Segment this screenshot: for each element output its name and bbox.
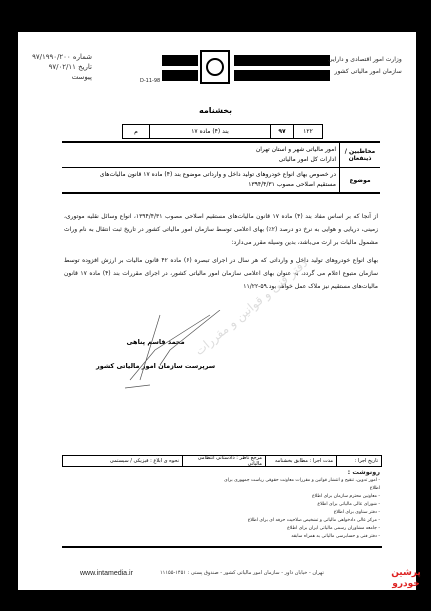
brand-line: خودرو	[386, 579, 426, 590]
ref-code: ۱۲۲	[293, 125, 322, 138]
supervising-authority: مرجع ناظر : دادستانی انتظامی مالیاتی	[182, 456, 265, 466]
duration: مدت اجرا : مطابق بخشنامه	[265, 456, 336, 466]
cc-item: معاونین محترم سازمان برای اطلاع	[220, 493, 380, 501]
persian-khodro-logo: پرشین خودرو	[386, 568, 426, 590]
recipient-line: ادارات کل امور مالیاتی	[65, 155, 336, 165]
paragraph: بهای انواع خودروهای تولید داخل و وارداتی…	[64, 254, 378, 293]
header-bar-left-top	[162, 55, 198, 66]
info-row-subject: موضوع در خصوص بهای انواع خودروهای تولید …	[62, 168, 380, 192]
document-body: از آنجا که بر اساس مفاد بند (۴) ماده ۱۷ …	[64, 210, 378, 298]
cc-item: جامعه مشاوران رسمی مالیاتی ایران برای اط…	[220, 525, 380, 533]
cc-title: رونوشت :	[220, 468, 380, 476]
ref-subject: بند (۴) ماده ۱۷	[149, 125, 270, 138]
recipients-value: امور مالیاتی شهر و استان تهران ادارات کل…	[62, 143, 339, 167]
execution-table: تاریخ اجرا : مدت اجرا : مطابق بخشنامه مر…	[62, 455, 382, 467]
distribution-method: نحوه ی ابلاغ : فیزیکی / سیستمی	[63, 456, 182, 466]
subject-value: در خصوص بهای انواع خودروهای تولید داخل و…	[62, 168, 339, 192]
paragraph: از آنجا که بر اساس مفاد بند (۴) ماده ۱۷ …	[64, 210, 378, 249]
tax-organization-logo-icon	[200, 50, 230, 84]
cc-item: دفتر سناوی برای اطلاع	[220, 509, 380, 517]
document-title: بخشنامه	[0, 106, 431, 115]
website-link[interactable]: www.intamedia.ir	[80, 570, 133, 577]
cc-list: رونوشت : امور تدوین، تنقیح و انتشار قوان…	[220, 468, 380, 541]
recipients-label: مخاطبین / ذینفعان	[339, 143, 380, 167]
form-code: D-11-98	[140, 78, 160, 84]
cc-item: دفتر فنی و حسابرسی مالیاتی به همراه سابق…	[220, 533, 380, 541]
info-row-recipients: مخاطبین / ذینفعان امور مالیاتی شهر و است…	[62, 143, 380, 168]
letter-date: تاریخ ۹۷/۰۲/۱۱	[28, 62, 92, 72]
recipient-line: امور مالیاتی شهر و استان تهران	[65, 145, 336, 155]
header-bar-right-bottom	[234, 70, 330, 81]
footer-divider	[62, 546, 382, 548]
brand-line: پرشین	[386, 568, 426, 579]
info-table: مخاطبین / ذینفعان امور مالیاتی شهر و است…	[62, 141, 380, 194]
organization-name: وزارت امور اقتصادی و دارایی سازمان امور …	[328, 54, 402, 78]
letter-attachment: پیوست	[28, 72, 92, 82]
cc-item: امور تدوین، تنقیح و انتشار قوانین و مقرر…	[220, 477, 380, 493]
effective-date: تاریخ اجرا :	[336, 456, 381, 466]
ministry-name: وزارت امور اقتصادی و دارایی	[328, 54, 402, 66]
subject-label: موضوع	[339, 168, 380, 192]
letter-stamp: شماره ۹۷/۱۹۹۰/۲۰۰ تاریخ ۹۷/۰۲/۱۱ پیوست	[28, 52, 92, 82]
cc-item: شورای عالی مالیاتی برای اطلاع	[220, 501, 380, 509]
subject-line: در خصوص بهای انواع خودروهای تولید داخل و…	[65, 170, 336, 180]
cc-item: مرکز عالی دادخواهی مالیاتی و تشخیص صلاحی…	[220, 517, 380, 525]
letter-number: شماره ۹۷/۱۹۹۰/۲۰۰	[28, 52, 92, 62]
subject-line: مستقیم اصلاحی مصوب ۱۳۹۴/۴/۳۱	[65, 180, 336, 190]
ref-letter: م	[123, 125, 149, 138]
signature-icon	[100, 310, 240, 390]
header-bar-right-top	[234, 55, 330, 66]
postal-address: تهران - خیابان داور - سازمان امور مالیات…	[160, 570, 324, 576]
ref-year: ۹۷	[270, 125, 293, 138]
reference-table: ۱۲۲ ۹۷ بند (۴) ماده ۱۷ م	[122, 124, 323, 139]
header-bar-left-bottom	[162, 70, 198, 81]
organization-subname: سازمان امور مالیاتی کشور	[328, 66, 402, 78]
